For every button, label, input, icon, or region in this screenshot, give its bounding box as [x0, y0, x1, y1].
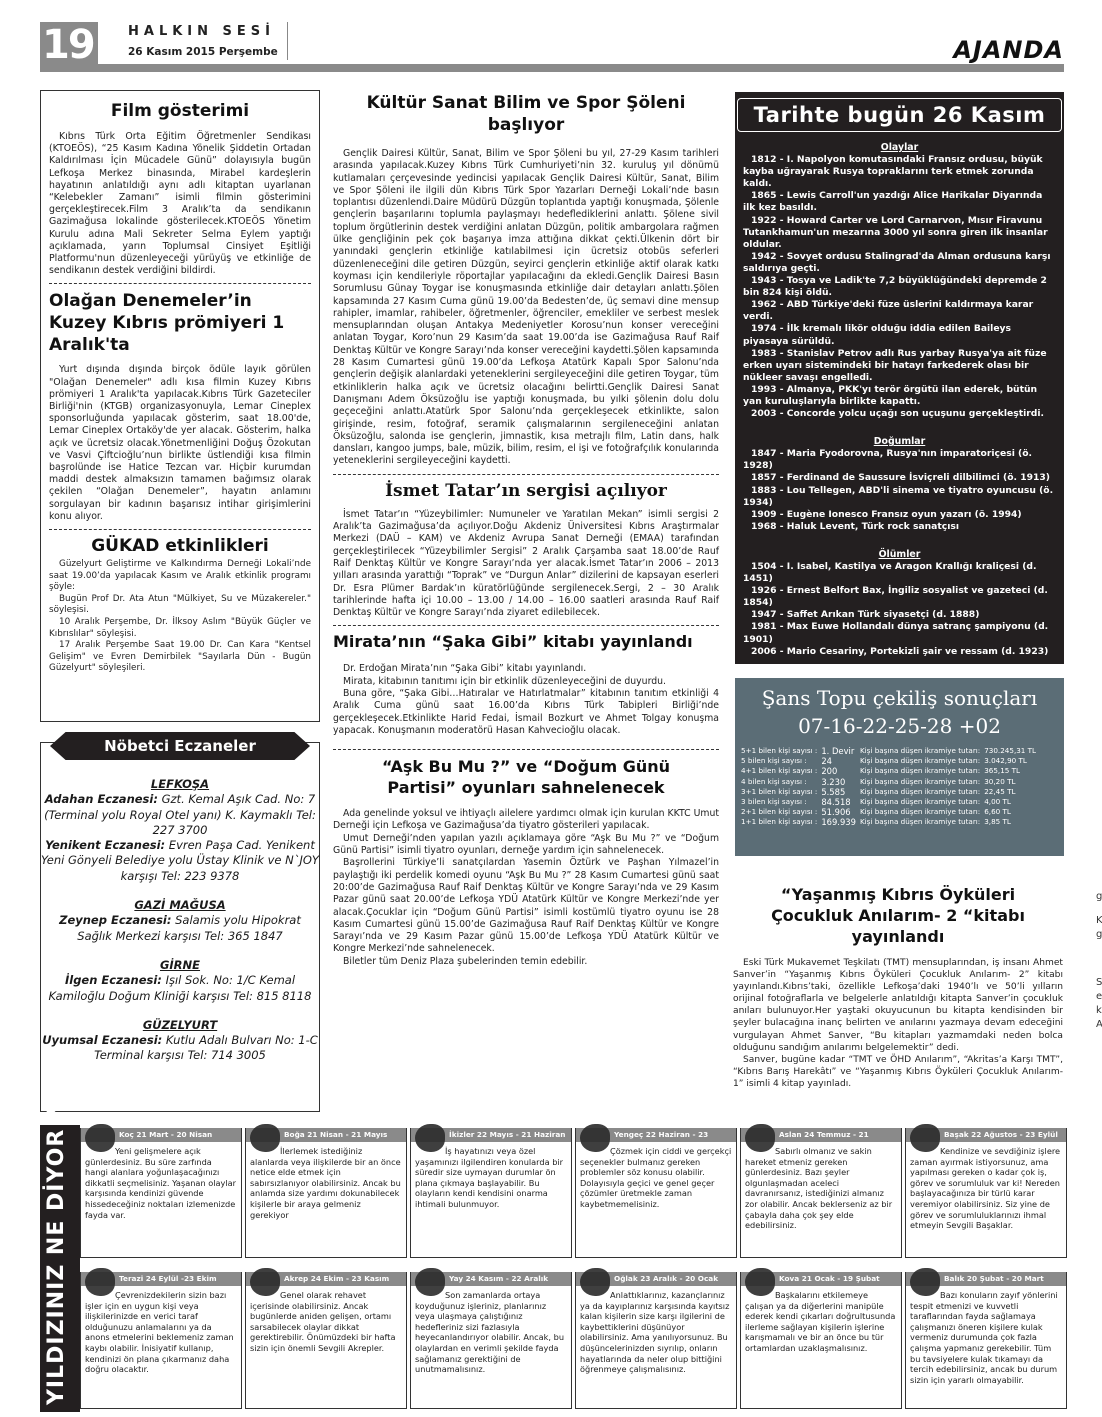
- lottery-row: 3+1 bilen kişi sayısı :5.585Kişi başına …: [741, 787, 1040, 797]
- history-birth: 1883 - Lou Tellegen, ABD'li sinema ve ti…: [743, 485, 1056, 509]
- ask-title: “Aşk Bu Mu ?” ve “Doğum Günü Partisi” oy…: [333, 756, 719, 798]
- horoscope-title: YILDIZINIZ NE DİYOR ?: [44, 1125, 69, 1405]
- history-event: 1922 - Howard Carter ve Lord Carnarvon, …: [743, 215, 1056, 251]
- deaths-heading: Ölümler: [743, 549, 1056, 561]
- match-label: 2+1 bilen kişi sayısı :: [741, 807, 821, 817]
- lottery-row: 5 bilen kişi sayısı :24Kişi başına düşen…: [741, 756, 1040, 766]
- lottery-row: 3 bilen kişi sayısı :84.518Kişi başına d…: [741, 797, 1040, 807]
- winner-count: 169.939: [821, 817, 860, 827]
- prize-label: Kişi başına düşen ikramiye tutarı:: [860, 817, 984, 827]
- pharmacy-city: GÜZELYURT: [41, 1018, 319, 1033]
- film-title: Film gösterimi: [49, 101, 311, 121]
- match-label: 4+1 bilen kişi sayısı :: [741, 766, 821, 776]
- winner-count: 84.518: [821, 797, 860, 807]
- lottery-row: 2+1 bilen kişi sayısı :51.906Kişi başına…: [741, 807, 1040, 817]
- pharmacy-city: LEFKOŞA: [41, 777, 319, 792]
- history-title: Tarihte bugün 26 Kasım: [737, 98, 1062, 132]
- lottery-row: 4 bilen kişi sayısı :3.230Kişi başına dü…: [741, 777, 1040, 787]
- middle-column: Kültür Sanat Bilim ve Spor Şöleni başlıy…: [333, 92, 719, 968]
- pharmacy-entry: Yenikent Eczanesi: Evren Paşa Cad. Yenik…: [41, 838, 319, 884]
- divider: [49, 283, 311, 284]
- olagan-title: Olağan Denemeler’in Kuzey Kıbrıs prömiye…: [49, 290, 311, 356]
- history-box: Tarihte bugün 26 Kasım Olaylar 1812 - I.…: [735, 92, 1064, 664]
- horoscope-card: Aslan 24 Temmuz - 21 AğustosSabırlı olma…: [740, 1128, 902, 1258]
- virgo-icon: [910, 1124, 940, 1152]
- history-birth: 1968 - Haluk Levent, Türk rock sanatçısı: [743, 521, 1056, 533]
- pharmacy-entry: Adahan Eczanesi: Gzt. Kemal Aşık Cad. No…: [41, 792, 319, 838]
- lottery-table: 5+1 bilen kişi sayısı :1. DevirKişi başı…: [741, 746, 1040, 828]
- history-event: 1942 - Sovyet ordusu Stalingrad'da Alman…: [743, 251, 1056, 275]
- lottery-numbers: 07-16-22-25-28 +02: [735, 714, 1064, 738]
- sign-text: Sabırlı olmanız ve sakin hareket etmeniz…: [741, 1142, 901, 1231]
- horoscope-card: Yay 24 Kasım - 22 AralıkSon zamanlarda o…: [410, 1272, 572, 1409]
- prize-amount: 30,20 TL: [984, 777, 1040, 787]
- history-death: 1981 - Max Euwe Hollandalı dünya satranç…: [743, 621, 1056, 645]
- mirata-body: Dr. Erdoğan Mirata’nın “Şaka Gibi” kitab…: [333, 663, 719, 737]
- prize-label: Kişi başına düşen ikramiye tutarı:: [860, 766, 984, 776]
- pharmacy-city: GİRNE: [41, 958, 319, 973]
- gemini-icon: [415, 1124, 445, 1152]
- prize-label: Kişi başına düşen ikramiye tutarı:: [860, 807, 984, 817]
- pharmacy-title: Nöbetci Eczaneler: [50, 732, 310, 760]
- prize-amount: 4,00 TL: [984, 797, 1040, 807]
- match-label: 4 bilen kişi sayısı :: [741, 777, 821, 787]
- right-article: “Yaşanmış Kıbrıs Öyküleri Çocukluk Anıla…: [733, 884, 1063, 1090]
- sign-text: Son zamanlarda ortaya koyduğunuz işlerin…: [411, 1286, 571, 1375]
- pharmacy-box: LEFKOŞA Adahan Eczanesi: Gzt. Kemal Aşık…: [40, 742, 320, 1112]
- capricorn-icon: [580, 1268, 610, 1296]
- match-label: 1+1 bilen kişi sayısı :: [741, 817, 821, 827]
- history-birth: 1857 - Ferdinand de Saussure İsviçreli d…: [743, 472, 1056, 484]
- ask-body: Ada genelinde yoksul ve ihtiyaçlı ailele…: [333, 808, 719, 968]
- lottery-results-box: Şans Topu çekiliş sonuçları 07-16-22-25-…: [735, 678, 1064, 856]
- mirata-title: Mirata’nın “Şaka Gibi” kitabı yayınlandı: [333, 632, 719, 651]
- olagan-body: Yurt dışında dışında birçok ödüle layık …: [49, 364, 311, 523]
- pharmacy-city: GAZİ MAĞUSA: [41, 898, 319, 913]
- match-label: 5+1 bilen kişi sayısı :: [741, 746, 821, 756]
- left-article-box: Film gösterimi Kıbrıs Türk Orta Eğitim Ö…: [40, 90, 320, 722]
- sign-text: Çözmek için ciddi ve gerçekçi seçenekler…: [576, 1142, 736, 1210]
- horoscope-card: Kova 21 Ocak - 19 ŞubatBaşkalarını etkil…: [740, 1272, 902, 1409]
- sagittarius-icon: [415, 1268, 445, 1296]
- sign-text: Bazı konuların zayıf yönlerini tespit et…: [906, 1286, 1066, 1385]
- kultur-title: Kültür Sanat Bilim ve Spor Şöleni başlıy…: [333, 92, 719, 136]
- horoscope-card: Akrep 24 Ekim - 23 KasımGenel olarak reh…: [245, 1272, 407, 1409]
- horoscope-card: İkizler 22 Mayıs - 21 Haziranİş hayatını…: [410, 1128, 572, 1258]
- taurus-icon: [250, 1124, 280, 1152]
- prize-amount: 3.042,90 TL: [984, 756, 1040, 766]
- history-death: 1504 - I. Isabel, Kastilya ve Aragon Kra…: [743, 561, 1056, 585]
- history-death: 1947 - Saffet Arıkan Türk siyasetçi (d. …: [743, 609, 1056, 621]
- horoscope-card: Balık 20 Şubat - 20 MartBazı konuların z…: [905, 1272, 1067, 1409]
- winner-count: 1. Devir: [821, 746, 860, 756]
- horoscope-card: Başak 22 Ağustos - 23 EylülKendinize ve …: [905, 1128, 1067, 1258]
- divider: [333, 474, 719, 475]
- winner-count: 51.906: [821, 807, 860, 817]
- section-title: AJANDA: [953, 36, 1064, 64]
- winner-count: 24: [821, 756, 860, 766]
- gukad-body: Güzelyurt Geliştirme ve Kalkındırma Dern…: [49, 559, 311, 675]
- yasanmis-body: Eski Türk Mukavemet Teşkilatı (TMT) mens…: [733, 957, 1063, 1090]
- prize-amount: 3,85 TL: [984, 817, 1040, 827]
- history-event: 1812 - I. Napolyon komutasındaki Fransız…: [743, 154, 1056, 190]
- pharmacy-entry: Uyumsal Eczanesi: Kutlu Adalı Bulvarı No…: [41, 1033, 319, 1064]
- match-label: 3 bilen kişi sayısı :: [741, 797, 821, 807]
- divider: [333, 625, 719, 626]
- history-death: 2006 - Mario Cesariny, Portekizli şair v…: [743, 646, 1056, 658]
- page-number: 19: [40, 22, 98, 68]
- horoscope-card: Boğa 21 Nisan - 21 Mayısİlerlemek istedi…: [245, 1128, 407, 1258]
- divider: [49, 529, 311, 530]
- sign-text: Başkalarını etkilemeye çalışan ya da diğ…: [741, 1286, 901, 1354]
- history-death: 1926 - Ernest Belfort Bax, İngiliz sosya…: [743, 585, 1056, 609]
- masthead-divider: [287, 22, 288, 60]
- horoscope-card: Oğlak 23 Aralık - 20 OcakAnlattıklarınız…: [575, 1272, 737, 1409]
- horoscope-card: Yengeç 22 Haziran - 23 TemmuzÇözmek için…: [575, 1128, 737, 1258]
- match-label: 3+1 bilen kişi sayısı :: [741, 787, 821, 797]
- history-event: 1983 - Stanislav Petrov adlı Rus yarbay …: [743, 348, 1056, 384]
- history-birth: 1847 - Maria Fyodorovna, Rusya'nın impar…: [743, 448, 1056, 472]
- horoscope-card: Koç 21 Mart - 20 NisanYeni gelişmelere a…: [80, 1128, 242, 1258]
- sign-text: Çevrenizdekilerin sizin bazı işler için …: [81, 1286, 241, 1375]
- sign-text: İlerlemek istediğiniz alanlarda veya ili…: [246, 1142, 406, 1220]
- lottery-row: 5+1 bilen kişi sayısı :1. DevirKişi başı…: [741, 746, 1040, 756]
- lottery-row: 4+1 bilen kişi sayısı :200Kişi başına dü…: [741, 766, 1040, 776]
- history-event: 1962 - ABD Türkiye'deki füze üslerini ka…: [743, 299, 1056, 323]
- ismet-body: İsmet Tatar’ın “Yüzeybilimler: Numuneler…: [333, 509, 719, 620]
- issue-date: 26 Kasım 2015 Perşembe: [128, 46, 278, 58]
- kultur-body: Gençlik Dairesi Kültür, Sanat, Bilim ve …: [333, 148, 719, 468]
- match-label: 5 bilen kişi sayısı :: [741, 756, 821, 766]
- births-heading: Doğumlar: [743, 436, 1056, 448]
- prize-amount: 730.245,31 TL: [984, 746, 1040, 756]
- sign-text: İş hayatınızı veya özel yaşamınızı ilgil…: [411, 1142, 571, 1210]
- winner-count: 3.230: [821, 777, 860, 787]
- libra-icon: [85, 1268, 115, 1296]
- pharmacy-entry: İlgen Eczanesi: Işıl Sok. No: 1/C Kemal …: [41, 973, 319, 1004]
- scorpio-icon: [250, 1268, 280, 1296]
- history-event: 2003 - Concorde yolcu uçağı son uçuşunu …: [743, 408, 1056, 420]
- history-event: 1865 - Lewis Carroll'un yazdığı Alice Ha…: [743, 190, 1056, 214]
- winner-count: 5.585: [821, 787, 860, 797]
- events-heading: Olaylar: [743, 142, 1056, 154]
- aquarius-icon: [745, 1268, 775, 1296]
- prize-label: Kişi başına düşen ikramiye tutarı:: [860, 756, 984, 766]
- cancer-icon: [580, 1124, 610, 1152]
- paper-name: HALKIN SESİ: [128, 24, 275, 39]
- horoscope-sidebar: YILDIZINIZ NE DİYOR ?: [40, 1125, 80, 1412]
- leo-icon: [745, 1124, 775, 1152]
- history-event: 1974 - İlk kremalı likör olduğu iddia ed…: [743, 323, 1056, 347]
- pharmacy-entry: Zeynep Eczanesi: Salamis yolu Hipokrat S…: [41, 913, 319, 944]
- sign-text: Genel olarak rehavet içerisinde olabilir…: [246, 1286, 406, 1354]
- prize-label: Kişi başına düşen ikramiye tutarı:: [860, 797, 984, 807]
- history-event: 1943 - Tosya ve Ladik'te 7,2 büyüklüğünd…: [743, 275, 1056, 299]
- adjacent-page-fragment: g K g S e k A: [1096, 890, 1102, 1032]
- prize-label: Kişi başına düşen ikramiye tutarı:: [860, 777, 984, 787]
- lottery-title: Şans Topu çekiliş sonuçları: [735, 686, 1064, 710]
- history-birth: 1909 - Eugène Ionesco Fransız oyun yazar…: [743, 509, 1056, 521]
- prize-amount: 22,45 TL: [984, 787, 1040, 797]
- prize-label: Kişi başına düşen ikramiye tutarı:: [860, 746, 984, 756]
- aries-icon: [85, 1124, 115, 1152]
- prize-amount: 365,15 TL: [984, 766, 1040, 776]
- prize-amount: 6,60 TL: [984, 807, 1040, 817]
- sign-text: Anlattıklarınız, kazançlarınız ya da kay…: [576, 1286, 736, 1375]
- header-bar: [40, 64, 1064, 72]
- sign-text: Kendinize ve sevdiğiniz işlere zaman ayı…: [906, 1142, 1066, 1231]
- winner-count: 200: [821, 766, 860, 776]
- horoscope-card: Terazi 24 Eylül -23 EkimÇevrenizdekileri…: [80, 1272, 242, 1409]
- yasanmis-title: “Yaşanmış Kıbrıs Öyküleri Çocukluk Anıla…: [733, 884, 1063, 947]
- divider: [333, 749, 719, 750]
- history-event: 1993 - Almanya, PKK'yı terör örgütü ilan…: [743, 384, 1056, 408]
- prize-label: Kişi başına düşen ikramiye tutarı:: [860, 787, 984, 797]
- sign-text: Yeni gelişmelere açık günlerdesiniz. Bu …: [81, 1142, 241, 1220]
- lottery-row: 1+1 bilen kişi sayısı :169.939Kişi başın…: [741, 817, 1040, 827]
- film-body: Kıbrıs Türk Orta Eğitim Öğretmenler Send…: [49, 131, 311, 277]
- gukad-title: GÜKAD etkinlikleri: [49, 536, 311, 556]
- pisces-icon: [910, 1268, 940, 1296]
- ismet-title: İsmet Tatar’ın sergisi açılıyor: [333, 481, 719, 501]
